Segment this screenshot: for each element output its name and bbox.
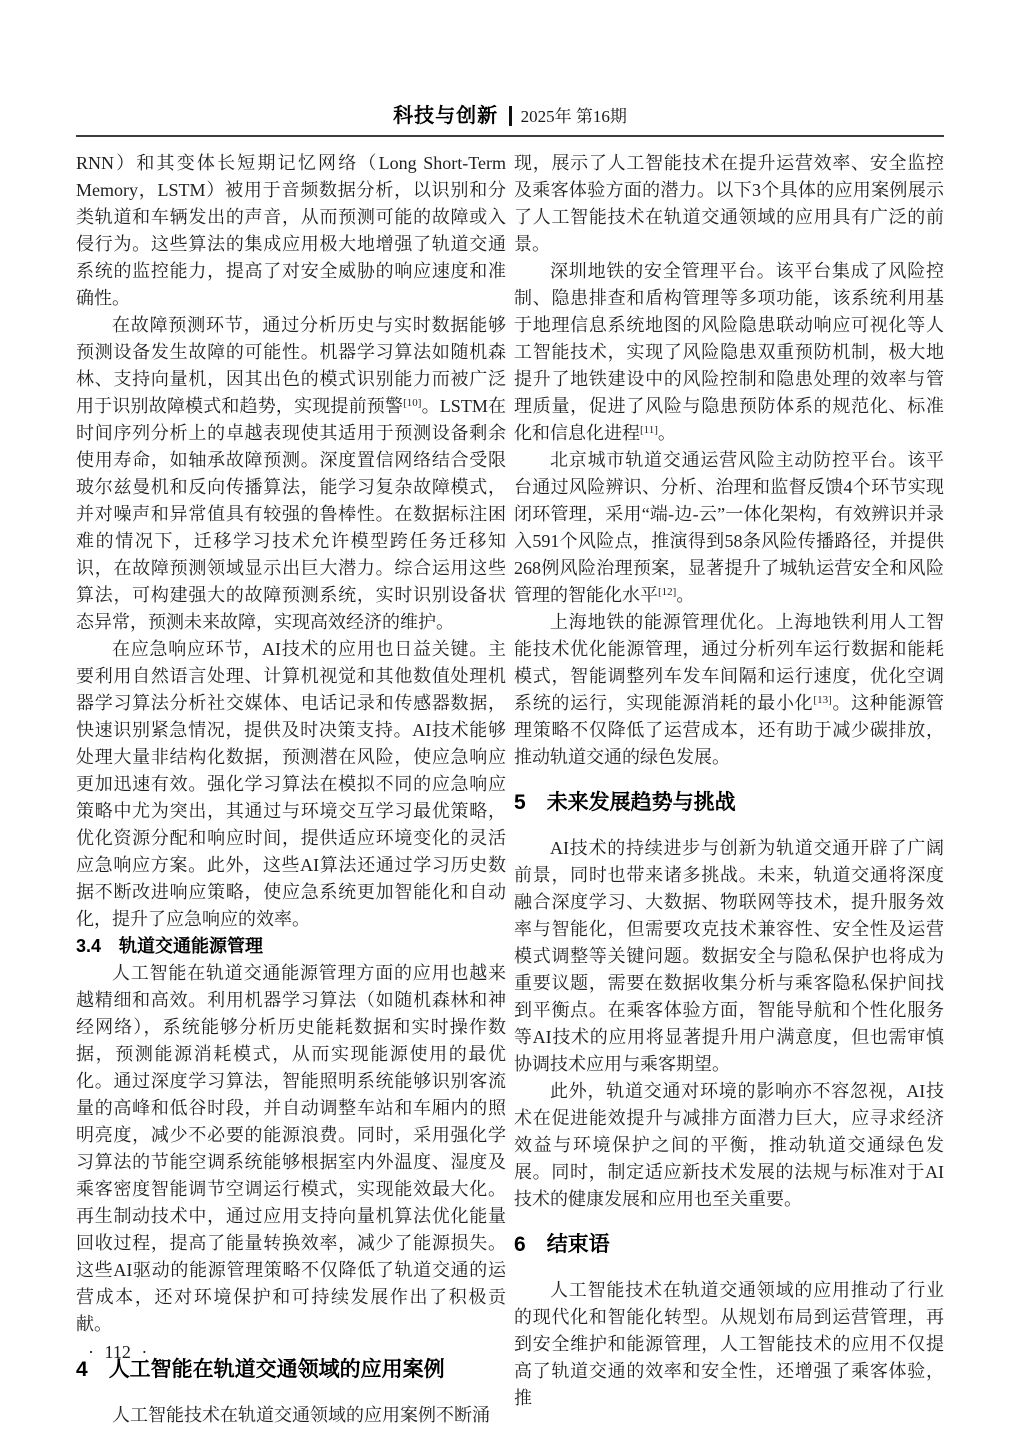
paragraph: 在故障预测环节，通过分析历史与实时数据能够预测设备发生故障的可能性。机器学习算法… <box>76 312 506 636</box>
journal-page: 科技与创新2025年 第16期 RNN）和其变体长短期记忆网络（Long Sho… <box>0 0 1020 1431</box>
page-number: · 112 · <box>88 1342 147 1362</box>
paragraph: 在应急响应环节，AI技术的应用也日益关键。主要利用自然语言处理、计算机视觉和其他… <box>76 636 506 933</box>
section-heading: 5未来发展趋势与挑战 <box>514 788 944 818</box>
reference-marker: [11] <box>640 424 658 436</box>
paragraph: RNN）和其变体长短期记忆网络（Long Short-Term Memory，L… <box>76 150 506 312</box>
paragraph: 人工智能技术在轨道交通领域的应用推动了行业的现代化和智能化转型。从规划布局到运营… <box>514 1277 944 1412</box>
header-divider <box>509 106 512 126</box>
heading-number: 6 <box>514 1233 526 1256</box>
page-footer: · 112 · <box>88 1342 147 1363</box>
paragraph: 此外，轨道交通对环境的影响亦不容忽视，AI技术在促进能效提升与减排方面潜力巨大，… <box>514 1078 944 1213</box>
reference-marker: [12] <box>658 586 676 598</box>
heading-number: 5 <box>514 791 526 814</box>
reference-marker: [10] <box>403 397 421 409</box>
heading-number: 3.4 <box>76 936 101 956</box>
section-heading: 6结束语 <box>514 1230 944 1260</box>
heading-title: 人工智能在轨道交通领域的应用案例 <box>109 1358 445 1381</box>
paragraph: AI技术的持续进步与创新为轨道交通开辟了广阔前景，同时也带来诸多挑战。未来，轨道… <box>514 835 944 1078</box>
page-header: 科技与创新2025年 第16期 <box>76 99 944 137</box>
left-column: RNN）和其变体长短期记忆网络（Long Short-Term Memory，L… <box>76 150 506 1429</box>
paragraph: 深圳地铁的安全管理平台。该平台集成了风险控制、隐患排查和盾构管理等多项功能，该系… <box>514 258 944 447</box>
heading-title: 未来发展趋势与挑战 <box>547 791 736 814</box>
article-body: RNN）和其变体长短期记忆网络（Long Short-Term Memory，L… <box>76 150 944 1429</box>
issue-info: 2025年 第16期 <box>521 107 627 126</box>
paragraph: 北京城市轨道交通运营风险主动防控平台。该平台通过风险辨识、分析、治理和监督反馈4… <box>514 447 944 609</box>
paragraph: 现，展示了人工智能技术在提升运营效率、安全监控及乘客体验方面的潜力。以下3个具体… <box>514 150 944 258</box>
heading-title: 轨道交通能源管理 <box>119 936 263 956</box>
paragraph: 上海地铁的能源管理优化。上海地铁利用人工智能技术优化能源管理，通过分析列车运行数… <box>514 609 944 771</box>
paragraph: 人工智能在轨道交通能源管理方面的应用也越来越精细和高效。利用机器学习算法（如随机… <box>76 960 506 1338</box>
heading-number: 4 <box>76 1358 88 1381</box>
subsection-heading: 3.4轨道交通能源管理 <box>76 933 506 960</box>
heading-title: 结束语 <box>547 1233 610 1256</box>
right-column: 现，展示了人工智能技术在提升运营效率、安全监控及乘客体验方面的潜力。以下3个具体… <box>514 150 944 1429</box>
paragraph: 人工智能技术在轨道交通领域的应用案例不断涌 <box>76 1402 506 1429</box>
reference-marker: [13] <box>813 694 831 706</box>
journal-title: 科技与创新 <box>393 105 498 127</box>
